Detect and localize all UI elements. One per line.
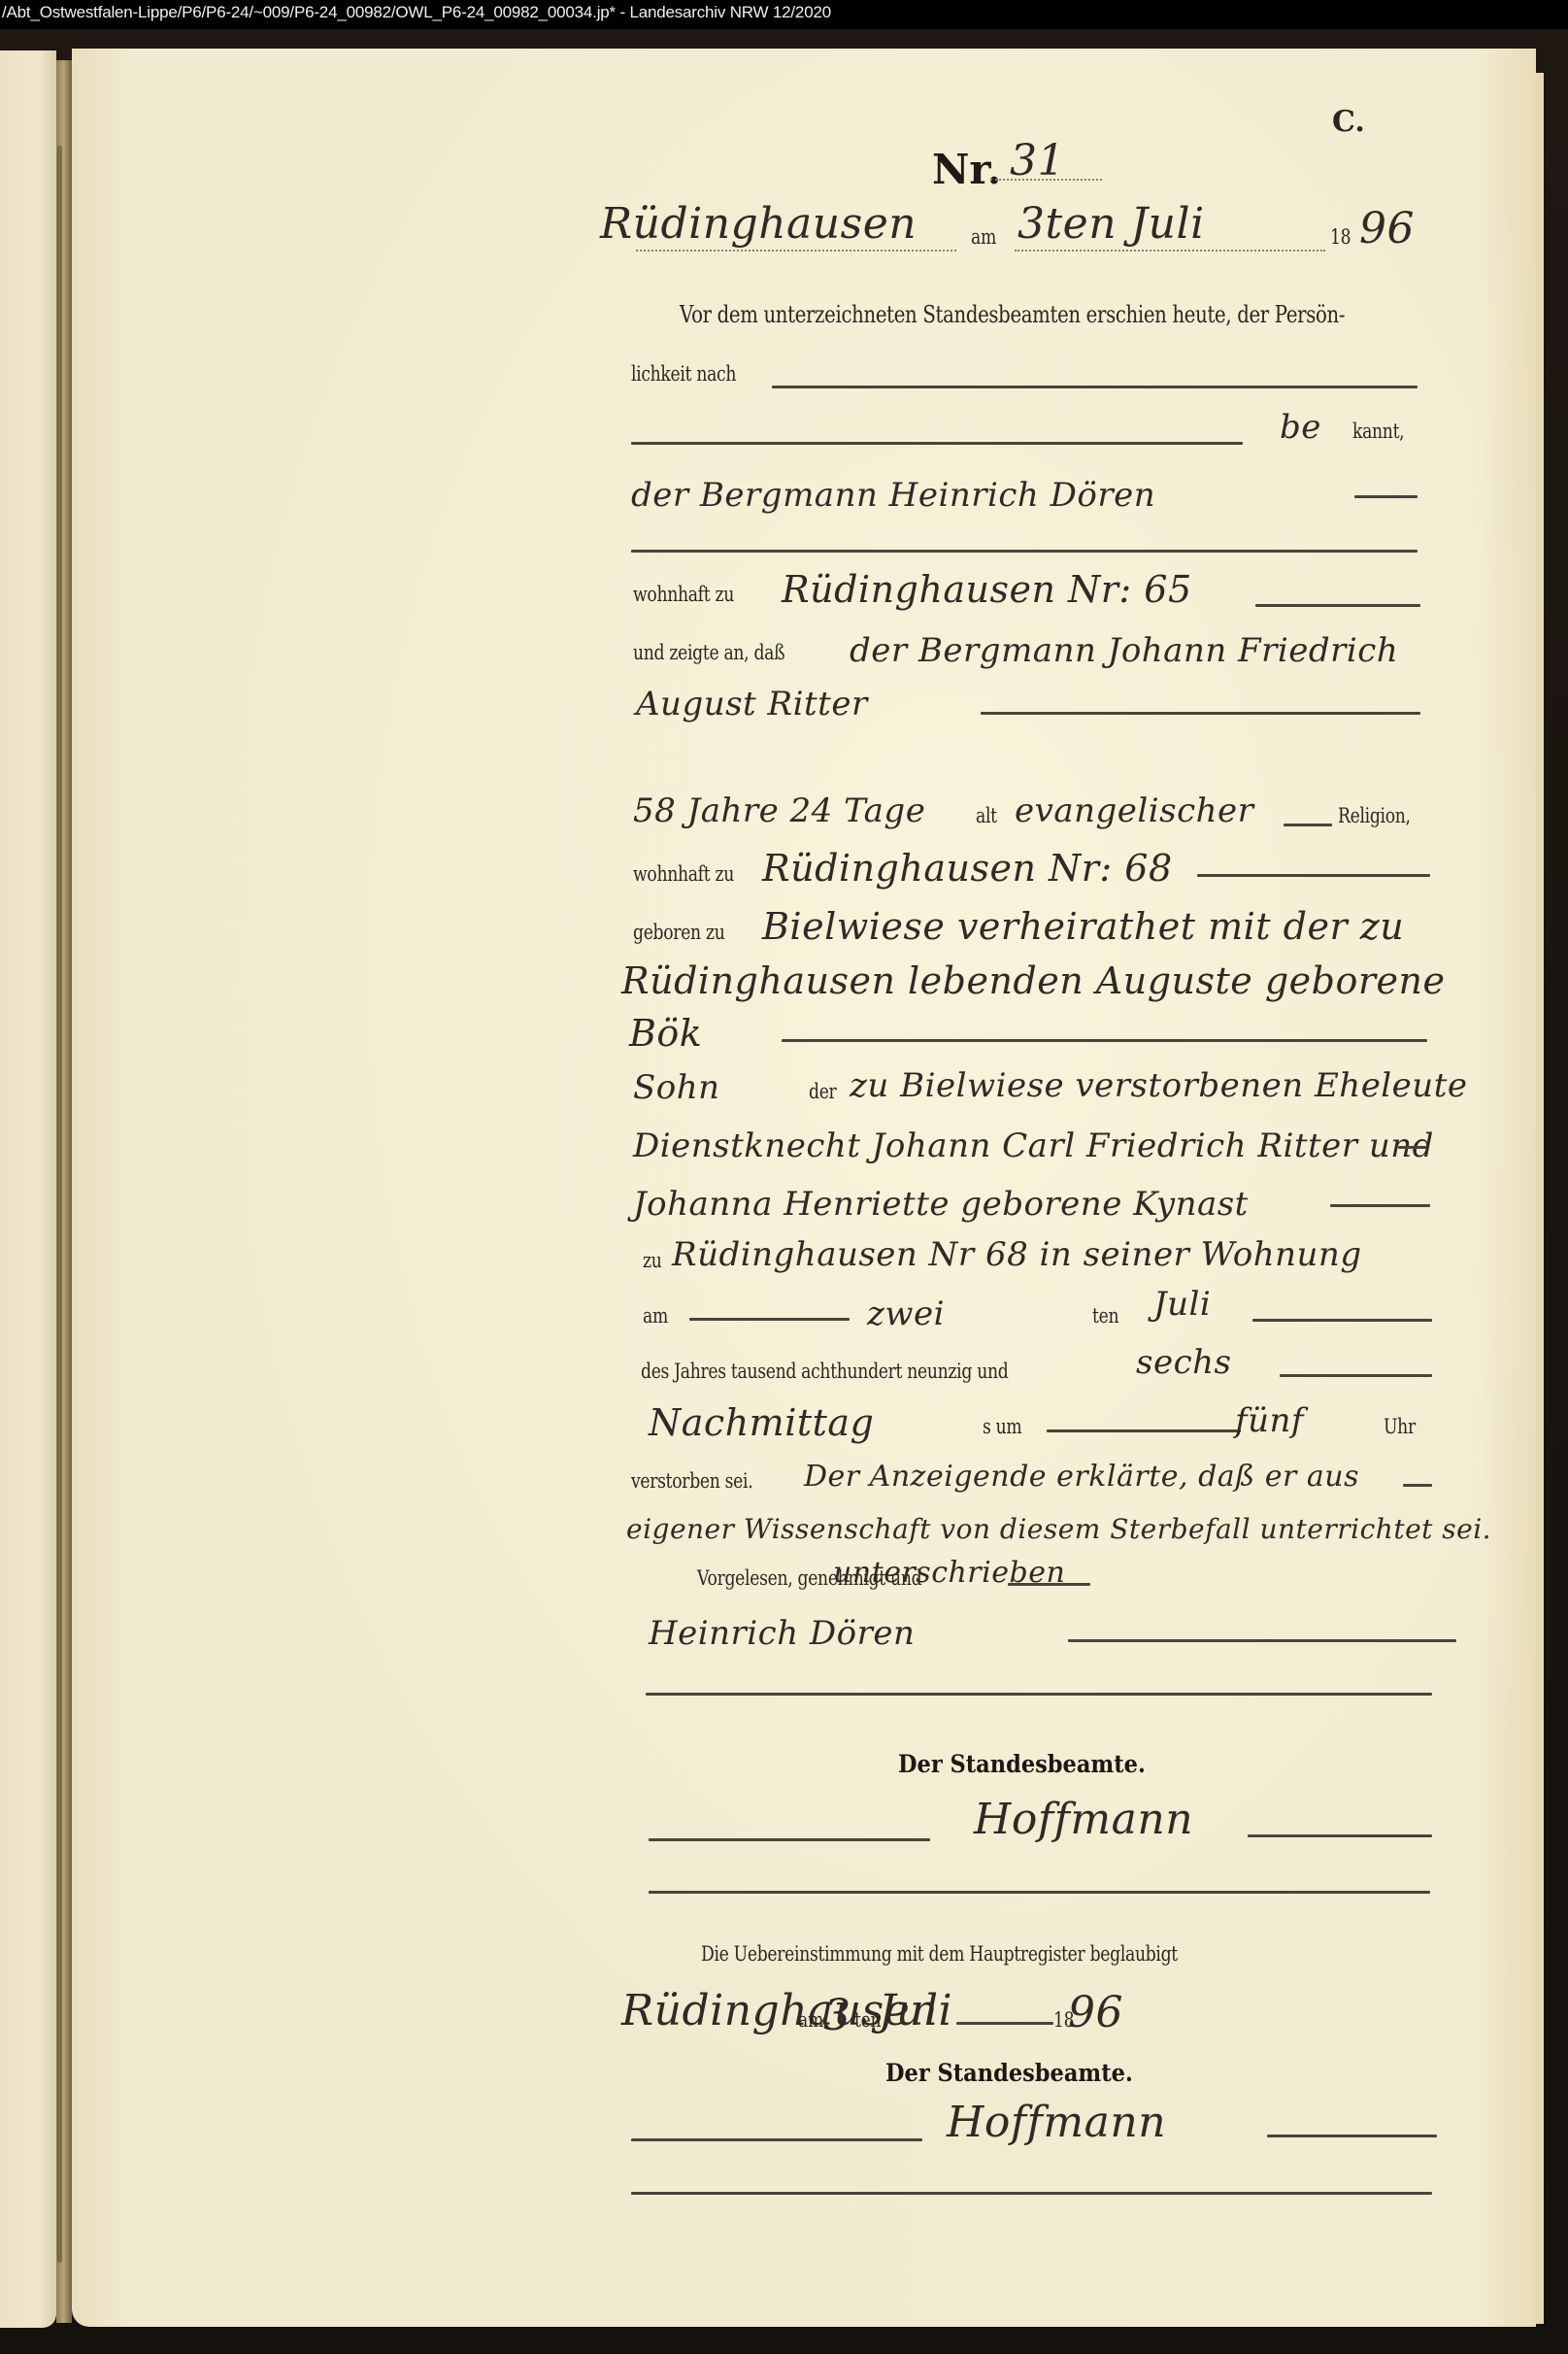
known-prefix: be — [1280, 408, 1321, 447]
deceased-residence: Rüdinghausen Nr: 68 — [762, 847, 1173, 890]
blank-rule — [1280, 1374, 1432, 1377]
cert-day: 3 — [823, 1991, 851, 2040]
intro-line-2-label: lichkeit nach — [631, 362, 736, 386]
blank-rule — [956, 2022, 1053, 2025]
blank-rule — [1248, 1834, 1432, 1837]
age-label: alt — [976, 804, 997, 827]
blank-rule — [1354, 495, 1418, 498]
facing-page-edge — [0, 50, 56, 2328]
gutter-ridge — [57, 146, 62, 2263]
blank-rule — [1008, 1583, 1090, 1586]
blank-rule — [1068, 1639, 1456, 1642]
window-title: /Abt_Ostwestfalen-Lippe/P6/P6-24/~009/P6… — [2, 3, 831, 21]
date-dotted-line — [1015, 250, 1325, 252]
informant-name: der Bergmann Heinrich Dören — [631, 476, 1155, 515]
time-um-label: s um — [983, 1415, 1021, 1438]
header-place: Rüdinghausen — [600, 199, 917, 249]
blank-rule — [1330, 1204, 1430, 1207]
religion-label: Religion, — [1338, 804, 1411, 827]
place-dotted-line — [636, 250, 956, 252]
blank-rule — [1255, 604, 1420, 607]
window-title-bar: /Abt_Ostwestfalen-Lippe/P6/P6-24/~009/P6… — [0, 0, 1568, 29]
record-number-label: Nr. — [932, 146, 1001, 193]
parents-line-3: Johanna Henriette geborene Kynast — [633, 1185, 1249, 1224]
official-signature-2: Hoffmann — [947, 2098, 1166, 2147]
death-place-label: zu — [643, 1249, 662, 1272]
blank-rule — [1197, 874, 1430, 877]
blank-rule — [1284, 824, 1332, 826]
blank-rule — [772, 386, 1418, 388]
informant-signature: Heinrich Dören — [649, 1614, 915, 1653]
uhr-label: Uhr — [1384, 1415, 1416, 1438]
deceased-age: 58 Jahre 24 Tage — [633, 791, 925, 830]
blank-rule — [689, 1318, 850, 1321]
blank-rule — [649, 1891, 1430, 1894]
header-am-label: am — [971, 225, 996, 249]
residence-label-2: wohnhaft zu — [633, 862, 734, 886]
birthplace-line: Bielwiese verheirathet mit der zu — [762, 905, 1404, 948]
blank-rule — [631, 2138, 922, 2141]
died-label: verstorben sei. — [631, 1469, 752, 1493]
blank-rule — [981, 712, 1420, 715]
number-dotted-line — [990, 179, 1102, 181]
year-words-value: sechs — [1136, 1343, 1231, 1382]
daytime: Nachmittag — [649, 1401, 874, 1444]
known-label: kannt, — [1352, 420, 1404, 443]
blank-rule — [649, 1838, 930, 1841]
residence-label: wohnhaft zu — [633, 583, 734, 606]
death-am-label: am — [643, 1304, 668, 1328]
cert-am-label: am — [798, 2008, 823, 2032]
official-signature: Hoffmann — [974, 1795, 1193, 1844]
deceased-name-line-1: der Bergmann Johann Friedrich — [850, 631, 1398, 670]
parents-line-2: Dienstknecht Johann Carl Friedrich Ritte… — [633, 1127, 1434, 1165]
blank-rule — [631, 2192, 1432, 2195]
cert-month: Juli — [879, 1986, 952, 2035]
remark-line-1: Der Anzeigende erklärte, daß er aus — [804, 1460, 1359, 1494]
informant-residence: Rüdinghausen Nr: 65 — [782, 568, 1192, 611]
parents-line-1: zu Bielwiese verstorbenen Eheleute — [850, 1066, 1468, 1105]
header-year-prefix: 18 — [1330, 225, 1351, 249]
official-heading-2: Der Standesbeamte. — [885, 2059, 1133, 2087]
blank-rule — [1403, 1484, 1432, 1487]
year-words-label: des Jahres tausend achthundert neunzig u… — [641, 1360, 1008, 1383]
son-word: Sohn — [633, 1068, 720, 1107]
blank-rule — [782, 1039, 1427, 1042]
form-letter: C. — [1332, 105, 1365, 139]
blank-rule — [1398, 1146, 1427, 1149]
blank-rule — [1252, 1319, 1432, 1322]
birthplace-label: geboren zu — [633, 921, 724, 944]
death-month: Juli — [1153, 1285, 1211, 1324]
remark-line-2: eigener Wissenschaft von diesem Sterbefa… — [626, 1513, 1491, 1545]
report-label: und zeigte an, daß — [633, 641, 784, 664]
page-edge — [1536, 73, 1544, 2324]
spouse-line-2: Bök — [629, 1012, 702, 1055]
blank-rule — [631, 550, 1418, 553]
certification-text: Die Uebereinstimmung mit dem Hauptregist… — [701, 1942, 1178, 1966]
death-place: Rüdinghausen Nr 68 in seiner Wohnung — [672, 1235, 1362, 1274]
blank-rule — [1267, 2135, 1437, 2137]
deceased-name-line-2: August Ritter — [636, 685, 868, 723]
blank-rule — [646, 1693, 1432, 1696]
death-ten-label: ten — [1092, 1304, 1118, 1328]
parents-der-label: der — [809, 1080, 836, 1103]
header-year-suffix: 96 — [1359, 204, 1415, 253]
blank-rule — [631, 442, 1243, 445]
official-heading: Der Standesbeamte. — [898, 1750, 1146, 1778]
blank-rule — [1047, 1429, 1241, 1432]
cert-ten-label: ten — [854, 2008, 881, 2032]
intro-line-1: Vor dem unterzeichneten Standesbeamten e… — [680, 301, 1345, 328]
religion-value: evangelischer — [1015, 791, 1253, 830]
death-hour: fünf — [1235, 1401, 1304, 1440]
cert-year-suffix: 96 — [1068, 1988, 1123, 2037]
header-date: 3ten Juli — [1018, 199, 1205, 249]
death-day: zwei — [867, 1295, 945, 1333]
spouse-line-1: Rüdinghausen lebenden Auguste geborene — [621, 959, 1446, 1002]
